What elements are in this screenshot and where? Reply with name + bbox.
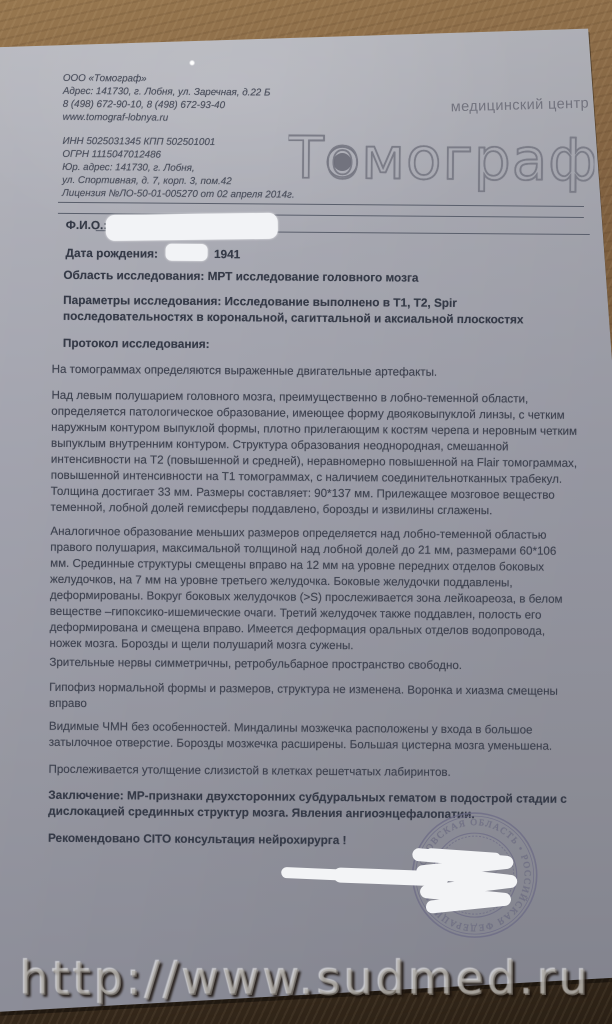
doctor-name-redaction-scribble <box>280 842 531 924</box>
protocol-heading: Протокол исследования: <box>63 335 210 352</box>
finding-left-hemisphere: Над левым полушарием головного мозга, пр… <box>51 388 580 520</box>
dob-label: Дата рождения: <box>66 246 159 261</box>
finding-optic-nerves: Зрительные нервы симметричны, ретробульб… <box>49 655 577 675</box>
report-paper-sheet: ООО «Томограф» Адрес: 141730, г. Лобня, … <box>0 0 612 1024</box>
finding-pituitary: Гипофиз нормальной формы и размеров, стр… <box>49 680 571 716</box>
conclusion-label: Заключение: <box>48 788 124 803</box>
finding-ethmoid: Прослеживается утолщение слизистой в кле… <box>48 762 576 782</box>
dob-redaction <box>166 244 208 261</box>
logo-wordmark-text: Томограф <box>288 124 595 194</box>
company-website: www.tomograf-lobnya.ru <box>63 111 296 126</box>
report-content: ООО «Томограф» Адрес: 141730, г. Лобня, … <box>0 0 612 1024</box>
finding-right-hemisphere: Аналогичное образование меньших размеров… <box>49 524 578 656</box>
study-area-label: Область исследования: <box>63 268 204 283</box>
tomograf-logo: медицинский центр Томограф <box>288 86 595 188</box>
finding-artifacts: На томограммах определяются выраженные д… <box>52 362 580 382</box>
study-params-label: Параметры исследования: <box>63 293 221 308</box>
study-params-row: Параметры исследования: Исследование вып… <box>63 292 587 328</box>
birthdate-row: Дата рождения:1941 <box>66 243 241 262</box>
dob-year: 1941 <box>214 247 240 261</box>
study-area-value: МРТ исследование головного мозга <box>208 269 419 285</box>
fio-redaction <box>106 213 278 241</box>
sudmed-watermark: http://www.sudmed.ru <box>0 952 612 1006</box>
header-divider-line-1 <box>58 202 584 207</box>
study-area-row: Область исследования: МРТ исследование г… <box>63 267 587 287</box>
letterhead-company-details: ООО «Томограф» Адрес: 141730, г. Лобня, … <box>62 72 296 202</box>
patient-name-row: Ф.И.О.: <box>66 217 586 243</box>
logo-wordmark: Томограф <box>288 112 595 194</box>
finding-cranial-nerves: Видимые ЧМН без особенностей. Миндалины … <box>49 719 571 755</box>
company-license: Лицензия №ЛО-50-01-005270 от 02 апреля 2… <box>62 187 295 202</box>
flash-reflection-speck <box>189 60 195 66</box>
photographed-mri-report: ООО «Томограф» Адрес: 141730, г. Лобня, … <box>0 0 612 1024</box>
